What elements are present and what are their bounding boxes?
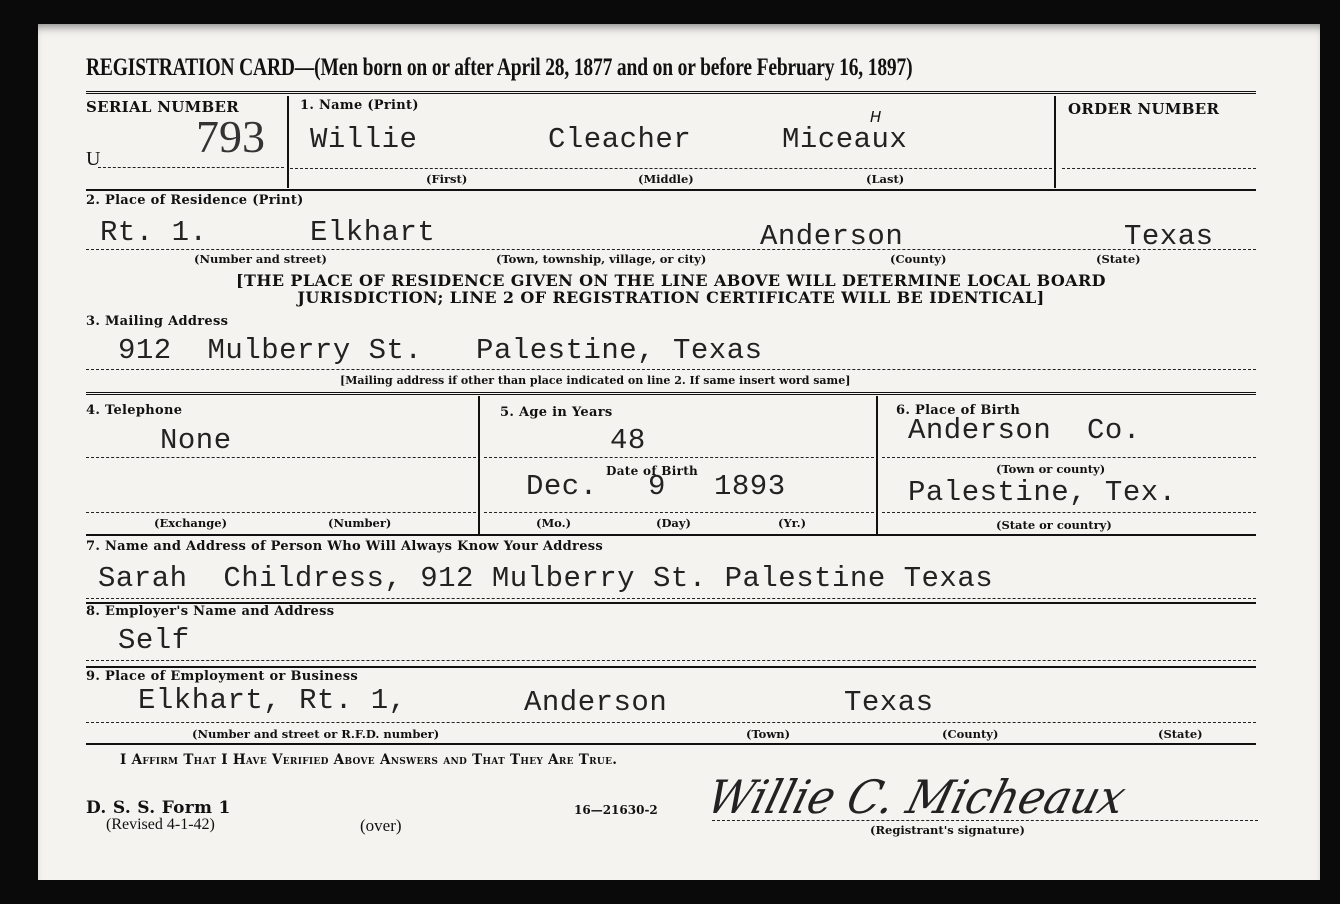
order-number-line bbox=[1062, 168, 1256, 169]
serial-line bbox=[98, 167, 284, 168]
employment-line bbox=[86, 722, 1256, 723]
county-sublabel: (County) bbox=[890, 252, 946, 266]
contact-label: 7. Name and Address of Person Who Will A… bbox=[86, 539, 603, 554]
card-title: REGISTRATION CARD—(Men born on or after … bbox=[86, 54, 912, 82]
employment-county-sublabel: (County) bbox=[942, 727, 998, 741]
notice-line-1: [THE PLACE OF RESIDENCE GIVEN ON THE LIN… bbox=[86, 272, 1256, 289]
contact-line bbox=[86, 598, 1256, 599]
dob-month: Dec. bbox=[526, 470, 598, 503]
employment-state-sublabel: (State) bbox=[1158, 727, 1203, 741]
registrant-signature: Willie C. Micheaux bbox=[702, 770, 1132, 824]
age-line bbox=[484, 457, 874, 458]
age-label: 5. Age in Years bbox=[500, 405, 613, 420]
employer-label: 8. Employer's Name and Address bbox=[86, 604, 334, 619]
dob-line bbox=[484, 512, 874, 513]
telephone-line bbox=[86, 457, 476, 458]
day-sublabel: (Day) bbox=[656, 516, 691, 530]
contact-value: Sarah Childress, 912 Mulberry St. Palest… bbox=[98, 562, 993, 595]
mailing-note: [Mailing address if other than place ind… bbox=[340, 374, 850, 387]
middle-sublabel: (Middle) bbox=[638, 172, 694, 186]
employer-line bbox=[86, 660, 1256, 661]
mailing-line bbox=[86, 369, 1256, 370]
residence-label: 2. Place of Residence (Print) bbox=[86, 193, 304, 208]
birthplace-line-2 bbox=[882, 512, 1256, 513]
birthplace-state: Palestine, Tex. bbox=[908, 476, 1177, 509]
serial-number-value: 793 bbox=[196, 110, 265, 163]
divider bbox=[1054, 96, 1056, 188]
birthplace-line bbox=[882, 457, 1256, 458]
residence-town: Elkhart bbox=[310, 216, 435, 249]
state-sublabel: (State) bbox=[1096, 252, 1141, 266]
name-first: Willie bbox=[310, 123, 417, 156]
employment-label: 9. Place of Employment or Business bbox=[86, 669, 358, 684]
residence-line bbox=[86, 249, 1256, 250]
telephone-value: None bbox=[160, 424, 232, 457]
street-sublabel: (Number and street) bbox=[194, 252, 327, 266]
rule bbox=[86, 189, 1256, 191]
name-last: Miceaux bbox=[782, 123, 907, 156]
dob-year: 1893 bbox=[714, 470, 786, 503]
affirmation-statement: I Affirm That I Have Verified Above Answ… bbox=[120, 752, 617, 768]
number-sublabel: (Number) bbox=[328, 516, 391, 530]
employment-street: Elkhart, Rt. 1, bbox=[138, 684, 407, 717]
mailing-address-value: 912 Mulberry St. Palestine, Texas bbox=[118, 334, 763, 367]
employer-value: Self bbox=[118, 624, 190, 657]
order-number-label: ORDER NUMBER bbox=[1068, 100, 1219, 118]
divider bbox=[287, 96, 289, 188]
rule bbox=[86, 666, 1256, 668]
state-or-country-sublabel: (State or country) bbox=[996, 518, 1112, 532]
mailing-address-label: 3. Mailing Address bbox=[86, 314, 228, 329]
over-indicator: (over) bbox=[360, 816, 402, 836]
signature-label: (Registrant's signature) bbox=[870, 823, 1025, 837]
form-revision: (Revised 4-1-42) bbox=[106, 816, 215, 834]
divider bbox=[478, 396, 480, 534]
employment-county: Texas bbox=[844, 686, 934, 719]
last-sublabel: (Last) bbox=[866, 172, 904, 186]
name-middle: Cleacher bbox=[548, 123, 691, 156]
jurisdiction-notice: [THE PLACE OF RESIDENCE GIVEN ON THE LIN… bbox=[86, 272, 1256, 306]
notice-line-2: JURISDICTION; LINE 2 OF REGISTRATION CER… bbox=[86, 289, 1256, 306]
name-line bbox=[290, 168, 1052, 169]
telephone-line-2 bbox=[86, 512, 476, 513]
form-number: D. S. S. Form 1 bbox=[86, 798, 231, 818]
rule bbox=[86, 534, 1256, 536]
name-label: 1. Name (Print) bbox=[300, 98, 419, 113]
month-sublabel: (Mo.) bbox=[536, 516, 571, 530]
town-sublabel: (Town, township, village, or city) bbox=[496, 252, 706, 266]
print-code: 16—21630-2 bbox=[574, 803, 658, 817]
rfd-sublabel: (Number and street or R.F.D. number) bbox=[192, 727, 439, 741]
registration-card: REGISTRATION CARD—(Men born on or after … bbox=[38, 24, 1320, 880]
employment-town-sublabel: (Town) bbox=[746, 727, 790, 741]
employment-town: Anderson bbox=[524, 686, 667, 719]
rule bbox=[86, 392, 1256, 395]
title-rule bbox=[86, 91, 1256, 94]
rule bbox=[86, 743, 1256, 745]
name-correction-mark: H bbox=[870, 108, 881, 126]
telephone-label: 4. Telephone bbox=[86, 403, 182, 418]
birthplace-town: Anderson Co. bbox=[908, 414, 1141, 447]
first-sublabel: (First) bbox=[426, 172, 467, 186]
year-sublabel: (Yr.) bbox=[778, 516, 806, 530]
dob-label: Date of Birth bbox=[606, 464, 698, 478]
signature-line bbox=[712, 820, 1258, 821]
divider bbox=[876, 396, 878, 534]
age-value: 48 bbox=[610, 424, 646, 457]
exchange-sublabel: (Exchange) bbox=[154, 516, 227, 530]
town-or-county-sublabel: (Town or county) bbox=[996, 462, 1105, 476]
residence-street: Rt. 1. bbox=[100, 216, 207, 249]
